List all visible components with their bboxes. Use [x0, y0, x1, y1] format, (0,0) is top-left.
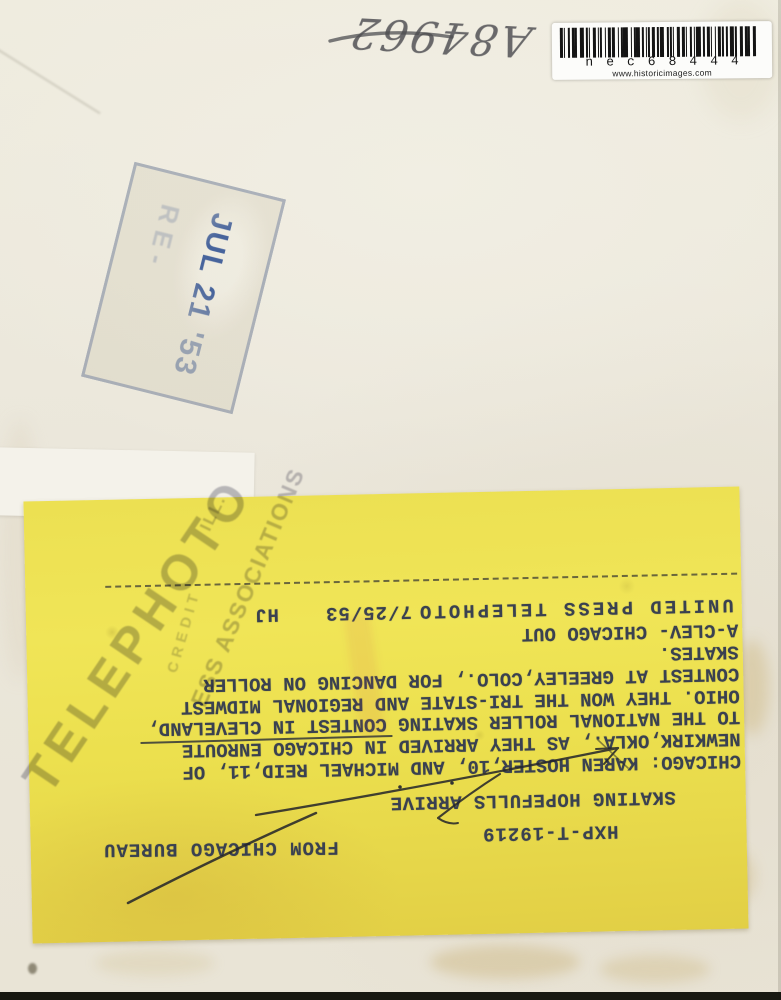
photo-edge: [0, 992, 781, 1000]
stain: [430, 945, 580, 979]
received-stamp: JUL 21 '53 RE-: [81, 162, 286, 414]
barcode-website: www.historicimages.com: [552, 67, 772, 79]
caption-slip-text: HXP-T-19219 FROM CHICAGO BUREAU SKATING …: [23, 487, 748, 944]
handwritten-number: A84962: [329, 0, 552, 68]
stain: [600, 955, 710, 983]
slip-headline: SKATING HOPEFULLS ARRIVE: [390, 786, 676, 814]
caption-slip: HXP-T-19219 FROM CHICAGO BUREAU SKATING …: [23, 487, 748, 944]
slip-catalog-number: HXP-T-19219: [482, 820, 619, 845]
barcode-label: nec68444 www.historicimages.com: [552, 21, 772, 80]
photo-back: A84962 nec68444 www.historicimages.com J…: [0, 0, 781, 1000]
ink-spot: [28, 963, 37, 974]
slip-bureau-line: FROM CHICAGO BUREAU: [103, 836, 339, 860]
slip-agency: UNITED PRESS TELEPHOTO: [417, 594, 734, 623]
stain: [95, 950, 215, 976]
stamp-partial-word: RE-: [139, 201, 186, 275]
paper-crease: [0, 44, 101, 115]
slip-agency-initials: HJ: [254, 603, 279, 626]
stamp-date: JUL 21 '53: [166, 210, 239, 380]
handwritten-number-text: A84962: [344, 8, 535, 67]
